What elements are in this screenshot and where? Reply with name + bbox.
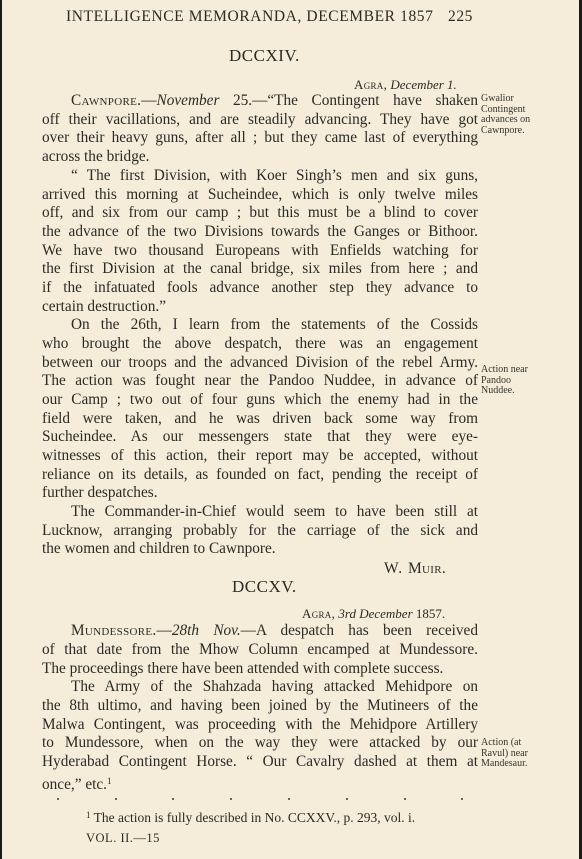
body-line: Malwa Contingent, was proceeding with th… [42, 716, 478, 735]
signature-w-muir: W. Muir. [384, 560, 446, 578]
body-line: Hyderabad Contingent Horse. “ Our Cavalr… [42, 753, 478, 772]
ellipsis-dot [57, 798, 59, 800]
body-line: On the 26th, I learn from the statements… [71, 316, 478, 335]
body-line: our Camp ; two out of four guns which th… [42, 391, 478, 410]
book-page: INTELLIGENCE MEMORANDA, DECEMBER 1857 22… [2, 0, 579, 859]
margin-note-pandoo-nuddee: Action near Pandoo Nuddee. [481, 365, 579, 397]
ellipsis-dot [461, 798, 463, 800]
margin-note-ravul: Action (at Ravul) near Mandesaur. [481, 738, 579, 770]
body-line: off, and six from our camp ; but this mu… [42, 204, 478, 223]
body-line: reliance on its details, as founded on f… [42, 466, 478, 485]
section-heading-dccxiv: DCCXIV. [229, 46, 300, 66]
body-line: off their vacillations, and are steadily… [42, 111, 478, 130]
body-line: between our troops and the advanced Divi… [42, 354, 478, 373]
ellipsis-dot [346, 798, 348, 800]
body-line: certain destruction.” [42, 298, 478, 317]
dateline-dccxv: Agra, 3rd December 1857. [302, 606, 445, 622]
body-line: We have two thousand Europeans with Enfi… [42, 242, 478, 261]
body-line: witnesses of this action, their report m… [42, 447, 478, 466]
body-line: the advance of the two Divisions towards… [42, 223, 478, 242]
body-line: The proceedings there have been attended… [42, 660, 478, 679]
body-line: of that date from the Mhow Column encamp… [42, 641, 478, 660]
footnote-text: The action is fully described in No. CCX… [94, 810, 415, 825]
body-line: the 8th ultimo, and having been joined b… [42, 697, 478, 716]
ellipsis-dot [404, 798, 406, 800]
ellipsis-dot [230, 798, 232, 800]
ellipsis-dot [172, 798, 174, 800]
body-line: the first Division at the canal bridge, … [42, 260, 478, 279]
ellipsis-dot [115, 798, 117, 800]
margin-note-gwalior: Gwalior Contingent advances on Cawnpore. [481, 94, 579, 136]
body-line: Lucknow, arranging probably for the carr… [42, 522, 478, 541]
body-line: over their heavy guns, after all ; but t… [42, 129, 478, 148]
body-line: once,” etc.1 [42, 772, 478, 791]
body-line: arrived this morning at Sucheindee, whic… [42, 186, 478, 205]
printer-signature-mark: VOL. II.—15 [86, 831, 160, 846]
body-line: across the bridge. [42, 148, 478, 167]
section-heading-dccxv: DCCXV. [232, 577, 297, 597]
body-line: The action was fought near the Pandoo Nu… [42, 372, 478, 391]
body-line: Cawnpore.—November 25.—“The Contingent h… [71, 92, 478, 111]
body-line: who brought the above despatch, there wa… [42, 335, 478, 354]
body-line: The Commander-in-Chief would seem to hav… [71, 503, 478, 522]
body-line: the women and children to Cawnpore. [42, 540, 478, 559]
body-line: if the infatuated fools advance another … [42, 279, 478, 298]
body-line: to Mundessore, when on the way they were… [42, 734, 478, 753]
dateline-dccxiv: Agra, December 1. [354, 77, 457, 93]
running-head-title: INTELLIGENCE MEMORANDA, DECEMBER [66, 8, 396, 25]
body-line: “ The first Division, with Koer Singh’s … [71, 167, 478, 186]
running-head: INTELLIGENCE MEMORANDA, DECEMBER 1857 22… [66, 8, 486, 26]
running-head-year: 1857 [400, 8, 433, 25]
footnote-ref: 1 [107, 776, 112, 786]
footnote-marker: 1 [86, 810, 91, 820]
body-line: further despatches. [42, 484, 478, 503]
body-line: field were taken, and he was driven back… [42, 410, 478, 429]
footnote: 1 The action is fully described in No. C… [86, 810, 415, 826]
body-line: Sucheindee. As our messengers state that… [42, 428, 478, 447]
page-number: 225 [448, 8, 473, 25]
body-line: The Army of the Shahzada having attacked… [71, 678, 478, 697]
body-line: Mundessore.—28th Nov.—A despatch has bee… [71, 622, 478, 641]
ellipsis-dot [288, 798, 290, 800]
